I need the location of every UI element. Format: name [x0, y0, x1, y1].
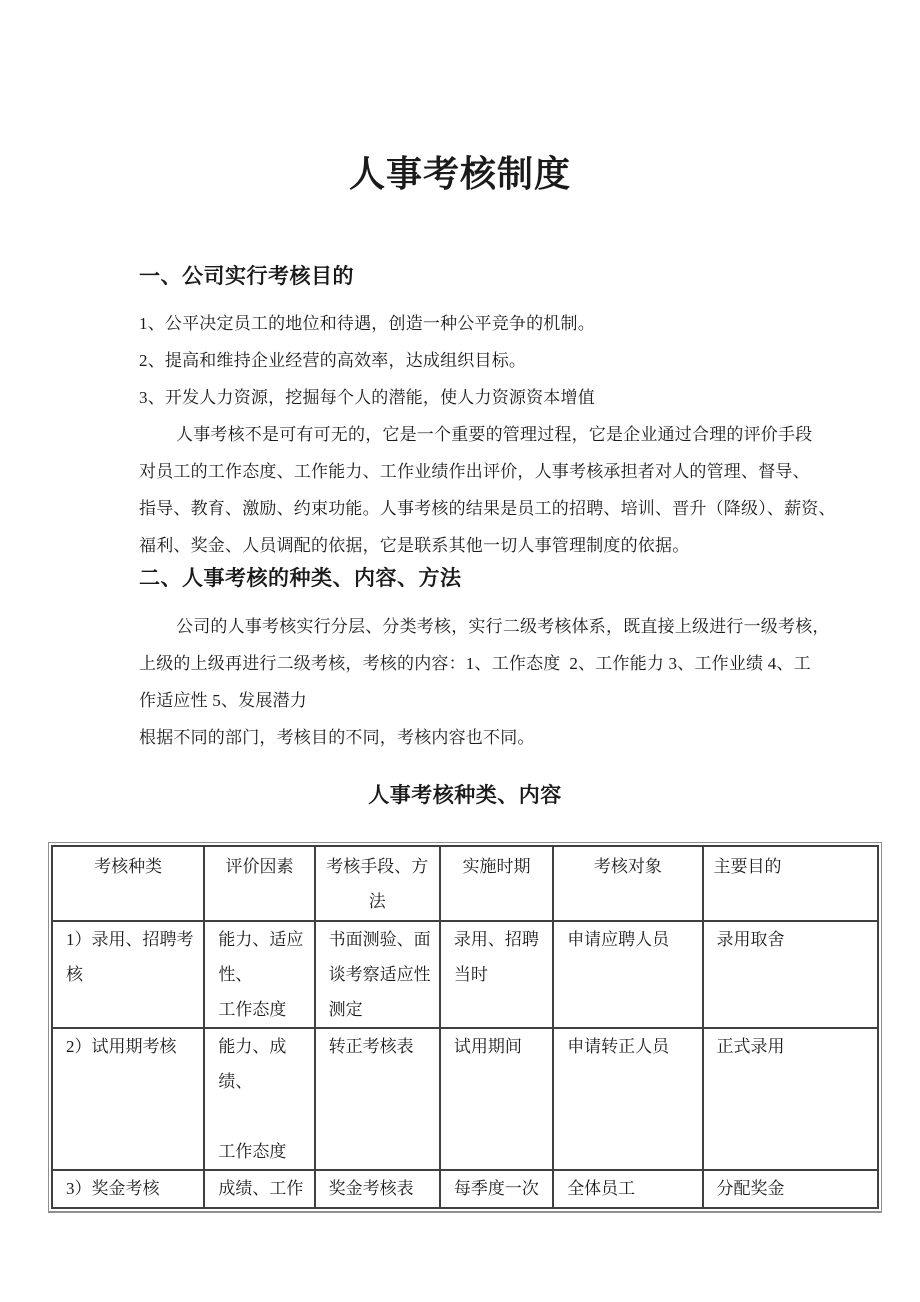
table-cell: 奖金考核表: [315, 1170, 440, 1208]
table-row: 2）试用期考核 能力、成绩、 工作态度 转正考核表 试用期间 申请转正人员 正式…: [52, 1028, 878, 1170]
section2-paragraph: 公司的人事考核实行分层、分类考核，实行二级考核体系，既直接上级进行一级考核， 上…: [139, 608, 860, 756]
table-cell: 2）试用期考核: [52, 1028, 204, 1170]
list-item: 2、提高和维持企业经营的高效率，达成组织目标。: [139, 342, 860, 379]
paragraph-line: 人事考核不是可有可无的，它是一个重要的管理过程，它是企业通过合理的评价手段: [139, 416, 860, 453]
table-cell: 全体员工: [553, 1170, 702, 1208]
table-cell: 录用取舍: [703, 921, 878, 1028]
column-header: 主要目的: [703, 846, 878, 921]
table-cell: 分配奖金: [703, 1170, 878, 1208]
section2-heading: 二、人事考核的种类、内容、方法: [139, 564, 860, 592]
column-header: 考核手段、方 法: [315, 846, 440, 921]
column-header: 考核种类: [52, 846, 204, 921]
list-item: 3、开发人力资源，挖掘每个人的潜能，使人力资源资本增值: [139, 379, 860, 416]
table-cell: 转正考核表: [315, 1028, 440, 1170]
section1-list: 1、公平决定员工的地位和待遇，创造一种公平竞争的机制。 2、提高和维持企业经营的…: [139, 305, 860, 416]
section1-heading: 一、公司实行考核目的: [139, 262, 860, 290]
table-cell: 申请应聘人员: [553, 921, 702, 1028]
assessment-table: 考核种类 评价因素 考核手段、方 法 实施时期 考核对象 主要目的 1）录用、招…: [51, 845, 879, 1209]
section1-paragraph: 人事考核不是可有可无的，它是一个重要的管理过程，它是企业通过合理的评价手段 对员…: [139, 416, 860, 564]
list-item: 1、公平决定员工的地位和待遇，创造一种公平竞争的机制。: [139, 305, 860, 342]
table-cell: 1）录用、招聘考 核: [52, 921, 204, 1028]
assessment-table-wrap: 考核种类 评价因素 考核手段、方 法 实施时期 考核对象 主要目的 1）录用、招…: [48, 842, 882, 1213]
table-cell: 能力、适应 性、 工作态度: [204, 921, 314, 1028]
paragraph-line: 公司的人事考核实行分层、分类考核，实行二级考核体系，既直接上级进行一级考核，: [139, 608, 860, 645]
column-header: 实施时期: [440, 846, 553, 921]
paragraph-line: 作适应性 5、发展潜力: [139, 682, 860, 719]
paragraph-line: 指导、教育、激励、约束功能。人事考核的结果是员工的招聘、培训、晋升（降级）、薪资…: [139, 490, 860, 527]
table-row: 3）奖金考核 成绩、工作 奖金考核表 每季度一次 全体员工 分配奖金: [52, 1170, 878, 1208]
paragraph-line: 福利、奖金、人员调配的依据，它是联系其他一切人事管理制度的依据。: [139, 527, 860, 564]
table-title: 人事考核种类、内容: [48, 782, 882, 809]
paragraph-line: 上级的上级再进行二级考核，考核的内容：1、工作态度 2、工作能力 3、工作业绩 …: [139, 645, 860, 682]
column-header: 评价因素: [204, 846, 314, 921]
table-header-row: 考核种类 评价因素 考核手段、方 法 实施时期 考核对象 主要目的: [52, 846, 878, 921]
document-body: 一、公司实行考核目的 1、公平决定员工的地位和待遇，创造一种公平竞争的机制。 2…: [139, 262, 860, 756]
table-row: 1）录用、招聘考 核 能力、适应 性、 工作态度 书面测验、面 谈考察适应性 测…: [52, 921, 878, 1028]
table-cell: 申请转正人员: [553, 1028, 702, 1170]
paragraph-line: 对员工的工作态度、工作能力、工作业绩作出评价，人事考核承担者对人的管理、督导、: [139, 453, 860, 490]
table-cell: 正式录用: [703, 1028, 878, 1170]
table-cell: 能力、成绩、 工作态度: [204, 1028, 314, 1170]
table-cell: 每季度一次: [440, 1170, 553, 1208]
column-header: 考核对象: [553, 846, 702, 921]
table-cell: 3）奖金考核: [52, 1170, 204, 1208]
table-cell: 试用期间: [440, 1028, 553, 1170]
table-cell: 录用、招聘 当时: [440, 921, 553, 1028]
document-title: 人事考核制度: [0, 0, 920, 198]
paragraph-line: 根据不同的部门，考核目的不同，考核内容也不同。: [139, 719, 860, 756]
table-cell: 成绩、工作: [204, 1170, 314, 1208]
table-cell: 书面测验、面 谈考察适应性 测定: [315, 921, 440, 1028]
document-page: 人事考核制度 一、公司实行考核目的 1、公平决定员工的地位和待遇，创造一种公平竞…: [0, 0, 920, 1302]
